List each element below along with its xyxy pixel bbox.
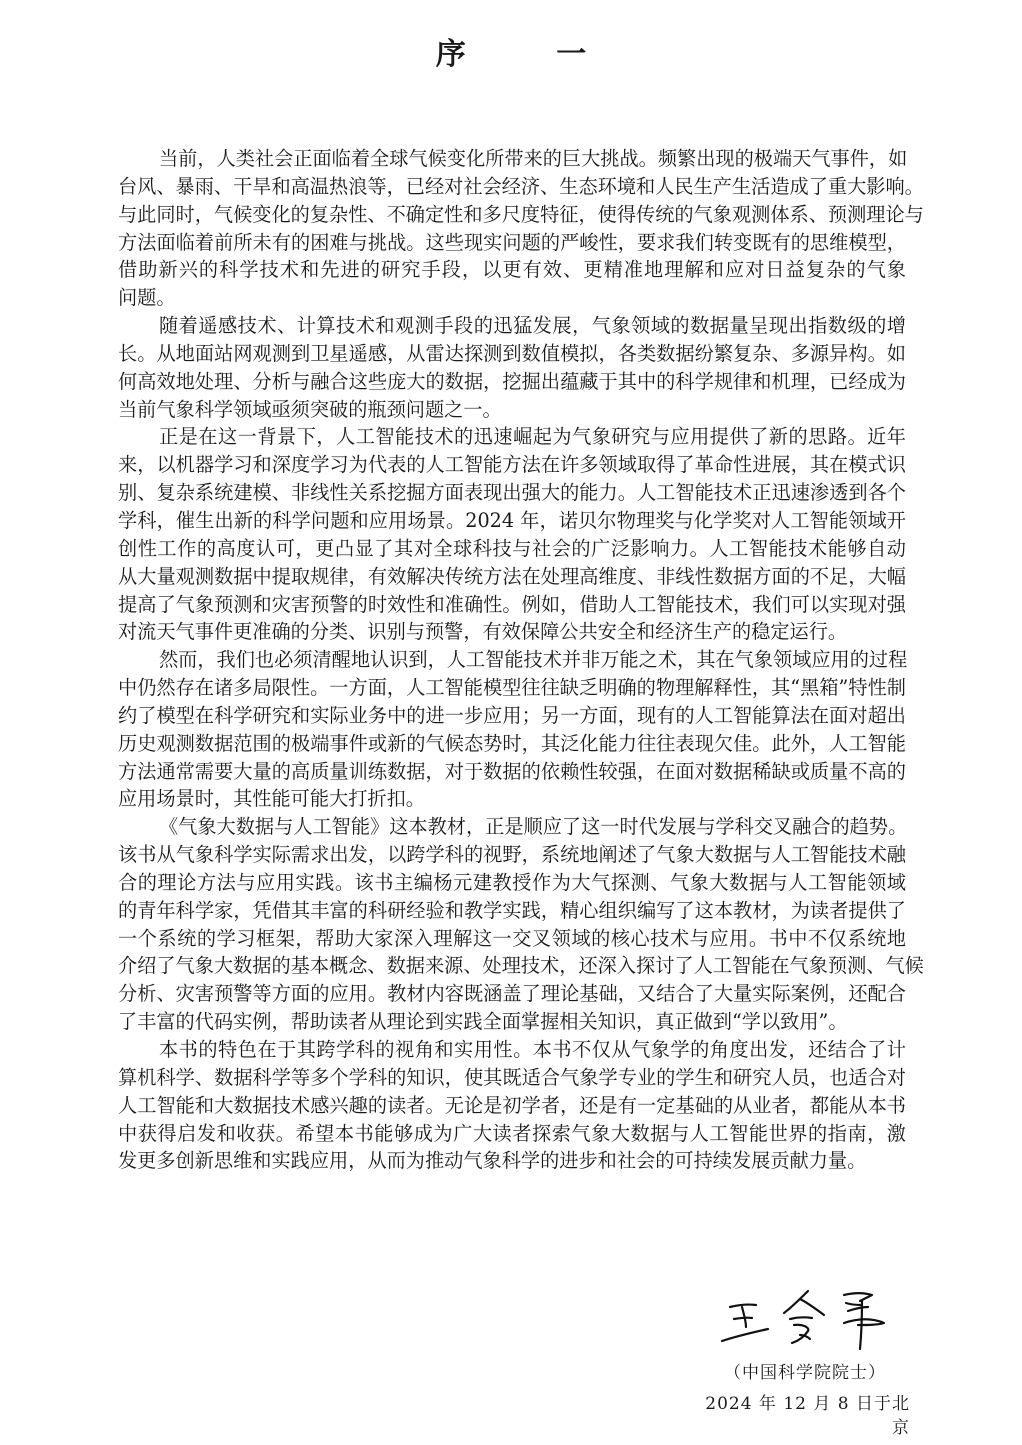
text-line: 的青年科学家，凭借其丰富的科研经验和教学实践，精心组织编写了这本教材，为读者提供… bbox=[118, 897, 906, 925]
paragraph: 当前，人类社会正面临着全球气候变化所带来的巨大挑战。频繁出现的极端天气事件，如台… bbox=[118, 145, 906, 312]
text-line: 人工智能和大数据技术感兴趣的读者。无论是初学者，还是有一定基础的从业者，都能从本… bbox=[118, 1092, 906, 1120]
paragraph: 随着遥感技术、计算技术和观测手段的迅猛发展，气象领域的数据量呈现出指数级的增长。… bbox=[118, 312, 906, 423]
text-line: 提高了气象预测和灾害预警的时效性和准确性。例如，借助人工智能技术，我们可以实现对… bbox=[118, 591, 906, 619]
text-line: 《气象大数据与人工智能》这本教材，正是顺应了这一时代发展与学科交叉融合的趋势。 bbox=[118, 813, 906, 841]
date-and-place: 2024 年 12 月 8 日于北京 bbox=[690, 1392, 910, 1440]
text-line: 当前气象科学领域亟须突破的瓶颈问题之一。 bbox=[118, 396, 906, 424]
text-line: 别、复杂系统建模、非线性关系挖掘方面表现出强大的能力。人工智能技术正迅速渗透到各… bbox=[118, 479, 906, 507]
text-line: 算机科学、数据科学等多个学科的知识，使其既适合气象学专业的学生和研究人员，也适合… bbox=[118, 1064, 906, 1092]
text-line: 了丰富的代码实例，帮助读者从理论到实践全面掌握相关知识，真正做到“学以致用”。 bbox=[118, 1008, 906, 1036]
text-line: 发更多创新思维和实践应用，从而为推动气象科学的进步和社会的可持续发展贡献力量。 bbox=[118, 1147, 906, 1175]
text-line: 长。从地面站网观测到卫星遥感，从雷达探测到数值模拟，各类数据纷繁复杂、多源异构。… bbox=[118, 340, 906, 368]
text-line: 学科，催生出新的科学问题和应用场景。2024 年，诺贝尔物理奖与化学奖对人工智能… bbox=[118, 507, 906, 535]
paragraph: 《气象大数据与人工智能》这本教材，正是顺应了这一时代发展与学科交叉融合的趋势。该… bbox=[118, 813, 906, 1036]
preface-body: 当前，人类社会正面临着全球气候变化所带来的巨大挑战。频繁出现的极端天气事件，如台… bbox=[118, 145, 906, 1175]
text-line: 中仍然存在诸多局限性。一方面，人工智能模型往往缺乏明确的物理解释性，其“黑箱”特… bbox=[118, 674, 906, 702]
text-line: 合的理论方法与应用实践。该书主编杨元建教授作为大气探测、气象大数据与人工智能领域 bbox=[118, 869, 906, 897]
text-line: 介绍了气象大数据的基本概念、数据来源、处理技术，还深入探讨了人工智能在气象预测、… bbox=[118, 952, 906, 980]
handwritten-signature bbox=[712, 1283, 892, 1353]
text-line: 一个系统的学习框架，帮助大家深入理解这一交叉领域的核心技术与应用。书中不仅系统地 bbox=[118, 925, 906, 953]
paragraph: 本书的特色在于其跨学科的视角和实用性。本书不仅从气象学的角度出发，还结合了计算机… bbox=[118, 1036, 906, 1175]
text-line: 该书从气象科学实际需求出发，以跨学科的视野，系统地阐述了气象大数据与人工智能技术… bbox=[118, 841, 906, 869]
text-line: 应用场景时，其性能可能大打折扣。 bbox=[118, 785, 906, 813]
signature-icon bbox=[712, 1283, 892, 1353]
text-line: 与此同时，气候变化的复杂性、不确定性和多尺度特征，使得传统的气象观测体系、预测理… bbox=[118, 201, 906, 229]
text-line: 随着遥感技术、计算技术和观测手段的迅猛发展，气象领域的数据量呈现出指数级的增 bbox=[118, 312, 906, 340]
text-line: 从大量观测数据中提取规律，有效解决传统方法在处理高维度、非线性数据方面的不足，大… bbox=[118, 563, 906, 591]
text-line: 方法面临着前所未有的困难与挑战。这些现实问题的严峻性，要求我们转变既有的思维模型… bbox=[118, 229, 906, 257]
text-line: 然而，我们也必须清醒地认识到，人工智能技术并非万能之术，其在气象领域应用的过程 bbox=[118, 646, 906, 674]
text-line: 当前，人类社会正面临着全球气候变化所带来的巨大挑战。频繁出现的极端天气事件，如 bbox=[118, 145, 906, 173]
text-line: 本书的特色在于其跨学科的视角和实用性。本书不仅从气象学的角度出发，还结合了计 bbox=[118, 1036, 906, 1064]
text-line: 问题。 bbox=[118, 284, 906, 312]
paragraph: 然而，我们也必须清醒地认识到，人工智能技术并非万能之术，其在气象领域应用的过程中… bbox=[118, 646, 906, 813]
text-line: 台风、暴雨、干旱和高温热浪等，已经对社会经济、生态环境和人民生产生活造成了重大影… bbox=[118, 173, 906, 201]
text-line: 历史观测数据范围的极端事件或新的气候态势时，其泛化能力往往表现欠佳。此外，人工智… bbox=[118, 730, 906, 758]
text-line: 来，以机器学习和深度学习为代表的人工智能方法在许多领域取得了革命性进展，其在模式… bbox=[118, 451, 906, 479]
text-line: 方法通常需要大量的高质量训练数据，对于数据的依赖性较强，在面对数据稀缺或质量不高… bbox=[118, 758, 906, 786]
text-line: 借助新兴的科学技术和先进的研究手段，以更有效、更精准地理解和应对日益复杂的气象 bbox=[118, 256, 906, 284]
text-line: 分析、灾害预警等方面的应用。教材内容既涵盖了理论基础，又结合了大量实际案例，还配… bbox=[118, 980, 906, 1008]
text-line: 对流天气事件更准确的分类、识别与预警，有效保障公共安全和经济生产的稳定运行。 bbox=[118, 618, 906, 646]
paragraph: 正是在这一背景下，人工智能技术的迅速崛起为气象研究与应用提供了新的思路。近年来，… bbox=[118, 423, 906, 646]
text-line: 何高效地处理、分析与融合这些庞大的数据，挖掘出蕴藏于其中的科学规律和机理，已经成… bbox=[118, 368, 906, 396]
text-line: 创性工作的高度认可，更凸显了其对全球科技与社会的广泛影响力。人工智能技术能够自动 bbox=[118, 535, 906, 563]
text-line: 约了模型在科学研究和实际业务中的进一步应用；另一方面，现有的人工智能算法在面对超… bbox=[118, 702, 906, 730]
text-line: 中获得启发和收获。希望本书能够成为广大读者探索气象大数据与人工智能世界的指南，激 bbox=[118, 1120, 906, 1148]
author-affiliation: （中国科学院院士） bbox=[720, 1361, 890, 1385]
text-line: 正是在这一背景下，人工智能技术的迅速崛起为气象研究与应用提供了新的思路。近年 bbox=[118, 423, 906, 451]
page-title: 序 一 bbox=[0, 28, 1022, 82]
